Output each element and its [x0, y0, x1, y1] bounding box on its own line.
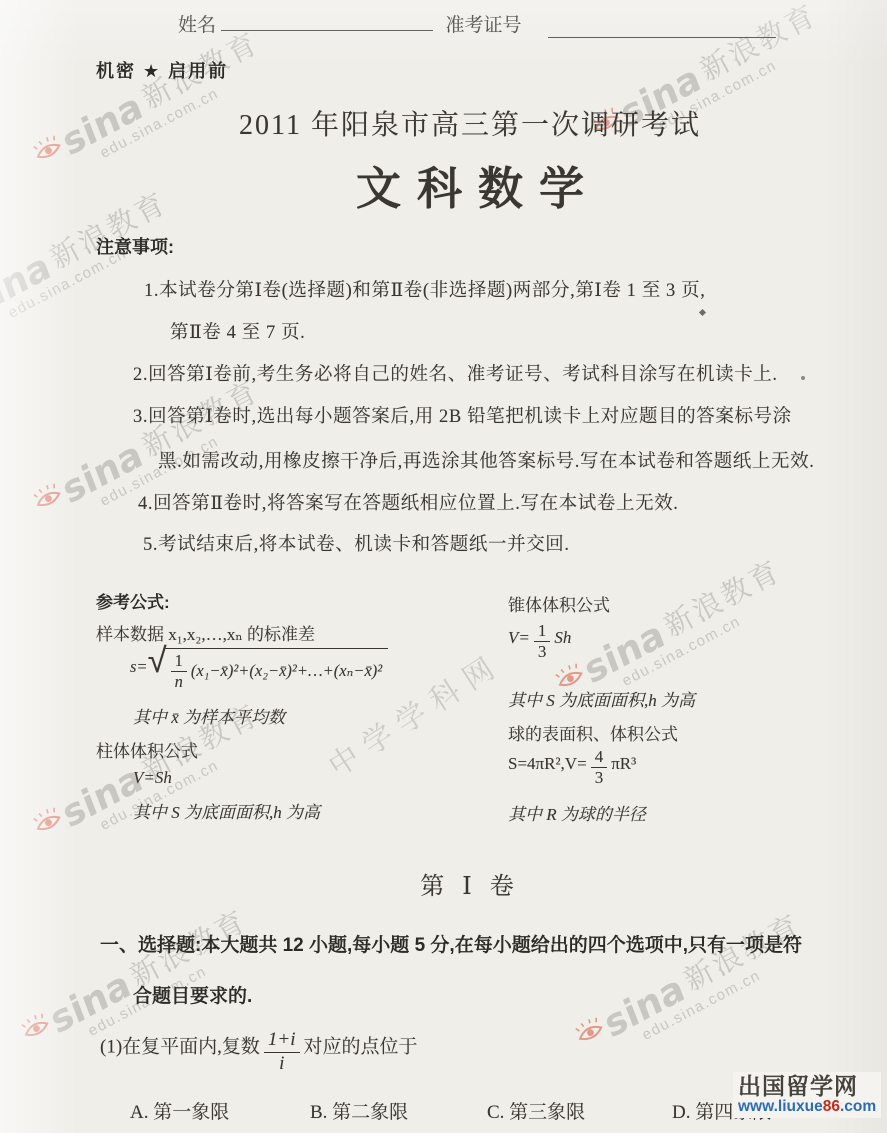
exam-title: 2011 年阳泉市高三第一次调研考试 — [90, 103, 850, 143]
cone-title: 锥体体积公式 — [508, 591, 610, 616]
exam-paper-page: sina 新浪教育 edu.sina.com.cn sina 新浪教育 edu.… — [0, 0, 887, 1133]
note-line: 5.考试结束后,将本试卷、机读卡和答题纸一并交回. — [143, 530, 570, 556]
part1-title: 第 Ⅰ 卷 — [90, 866, 850, 901]
option-a: A. 第一象限 — [130, 1097, 229, 1124]
classified-label: 机密 ★ 启用前 — [96, 57, 228, 83]
choice-instruction-label: 一、选择题: — [100, 935, 201, 956]
exam-no-label: 准考证号 — [446, 15, 522, 36]
q1-fraction: 1+ii — [264, 1030, 300, 1074]
notes-heading: 注意事项: — [96, 233, 174, 259]
question-1: (1)在复平面内,复数1+ii对应的点位于 — [100, 1030, 418, 1074]
name-field — [221, 14, 433, 31]
note-line: 4.回答第Ⅱ卷时,将答案写在答题纸相应位置上.写在本试卷上无效. — [138, 489, 679, 515]
sphere-title: 球的表面积、体积公式 — [508, 720, 678, 745]
liuxue-name: 出国留学网 — [738, 1074, 876, 1098]
option-c: C. 第三象限 — [487, 1097, 585, 1124]
sd-formula: s=√1n(x₁−x̄)²+(x₂−x̄)²+…+(xₙ−x̄)² — [130, 648, 388, 691]
sd-terms: (x₁−x̄)²+(x₂−x̄)²+…+(xₙ−x̄)² — [191, 661, 382, 681]
note-line: 3.回答第Ⅰ卷时,选出每小题答案后,用 2B 铅笔把机读卡上对应题目的答案标号涂 — [133, 402, 792, 428]
formulas-heading: 参考公式: — [96, 588, 170, 613]
note-line: 2.回答第Ⅰ卷前,考生务必将自己的姓名、准考证号、考试科目涂写在机读卡上. — [133, 360, 778, 386]
name-examno-row: 姓名 准考证号 — [178, 10, 776, 37]
choice-instruction-cont: 合题目要求的. — [133, 981, 252, 1008]
scan-speck — [699, 309, 706, 316]
cylinder-title: 柱体体积公式 — [96, 737, 198, 762]
note-line: 第Ⅱ卷 4 至 7 页. — [170, 318, 305, 344]
sd-note: 其中 x̄ 为样本平均数 — [133, 703, 285, 728]
name-label: 姓名 — [178, 15, 216, 36]
scan-speck — [801, 376, 805, 380]
choice-instruction: 一、选择题:本大题共 12 小题,每小题 5 分,在每小题给出的四个选项中,只有… — [100, 930, 802, 957]
sd-intro: 样本数据 x₁,x₂,…,xₙ 的标准差 — [96, 620, 315, 645]
sphere-formula: S=4πR²,V=43πR³ — [508, 748, 636, 788]
cylinder-note: 其中 S 为底面面积,h 为高 — [133, 798, 320, 823]
sd-lhs: s= — [130, 657, 148, 676]
note-line: 1.本试卷分第Ⅰ卷(选择题)和第Ⅱ卷(非选择题)两部分,第Ⅰ卷 1 至 3 页, — [144, 276, 705, 302]
sphere-note: 其中 R 为球的半径 — [508, 800, 646, 825]
liuxue-url: www.liuxue86.com — [738, 1099, 876, 1115]
option-b: B. 第二象限 — [310, 1097, 408, 1124]
exam-no-field — [548, 21, 776, 38]
cone-formula: V=13Sh — [508, 622, 571, 662]
cylinder-formula: V=Sh — [133, 768, 172, 788]
note-line: 黑.如需改动,用橡皮擦干净后,再选涂其他答案标号.写在本试卷和答题纸上无效. — [158, 447, 814, 473]
cone-note: 其中 S 为底面面积,h 为高 — [508, 686, 695, 711]
subject-title: 文科数学 — [90, 152, 850, 217]
liuxue-watermark: 出国留学网 www.liuxue86.com — [733, 1072, 881, 1118]
